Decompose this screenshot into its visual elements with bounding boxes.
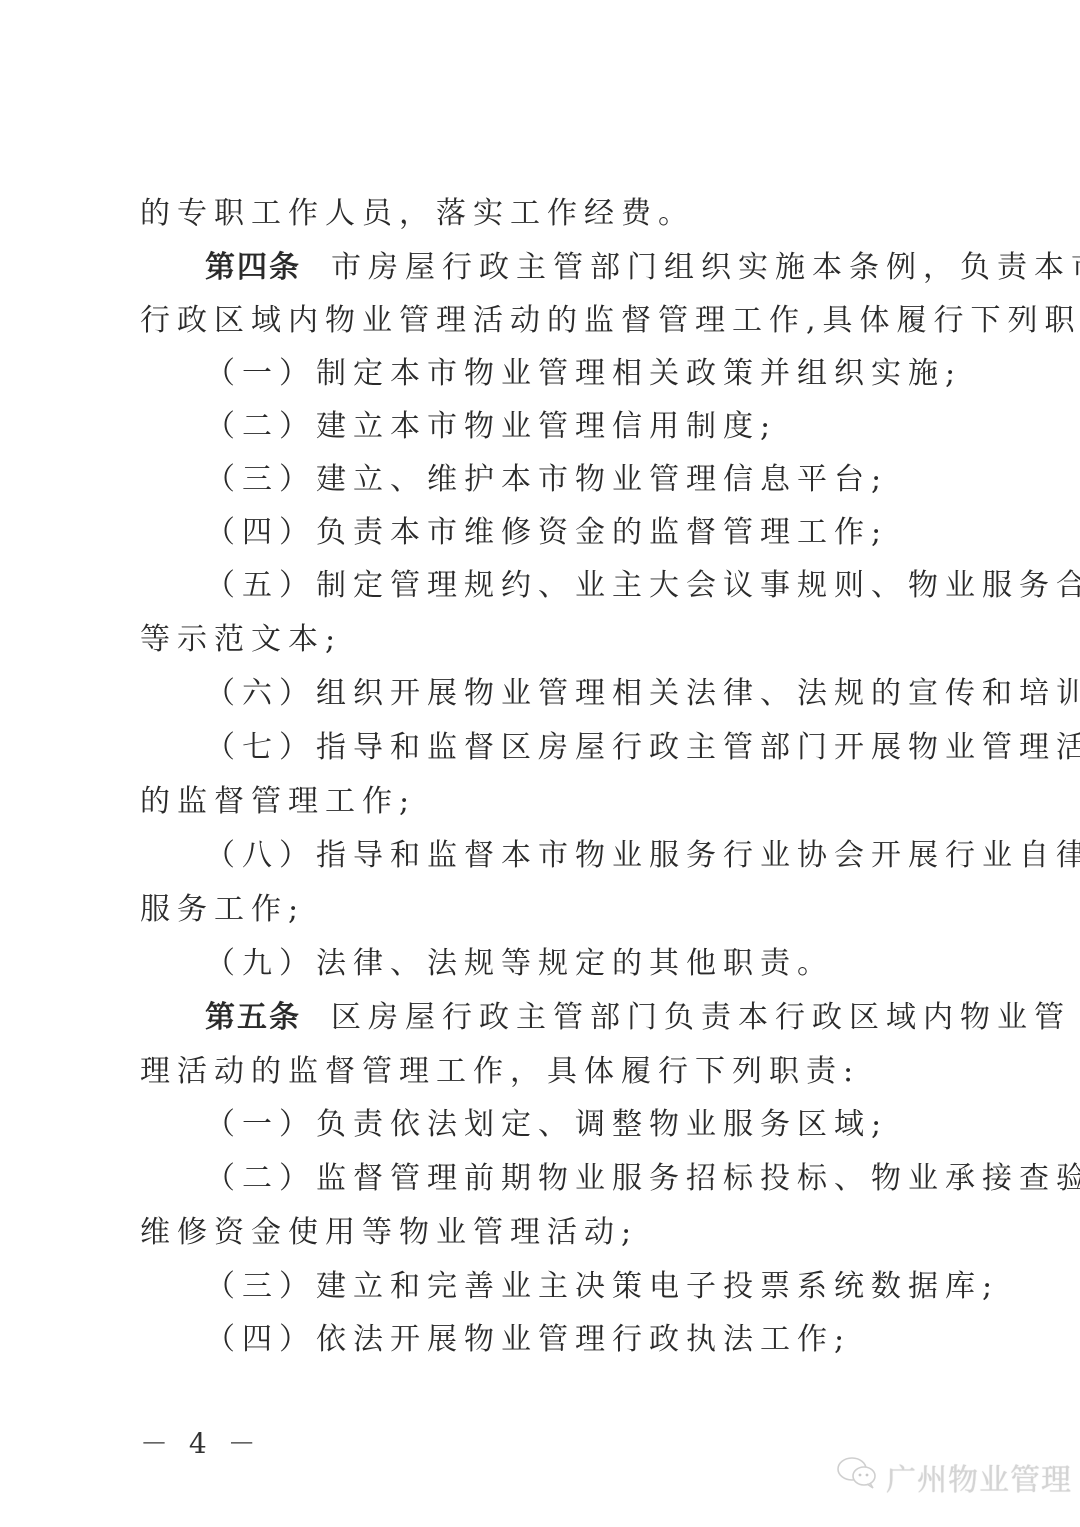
article-heading: 第五条 (205, 1000, 301, 1035)
list-item: （一）制定本市物业管理相关政策并组织实施; (205, 356, 1015, 392)
article-heading: 第四条 (205, 250, 301, 285)
list-item: （六）组织开展物业管理相关法律、法规的宣传和培训; (205, 676, 1015, 712)
list-item: （四）负责本市维修资金的监督管理工作; (205, 515, 1015, 551)
paragraph-line: 的专职工作人员，落实工作经费。 (140, 196, 950, 232)
list-item-continuation: 维修资金使用等物业管理活动; (140, 1215, 950, 1251)
list-item-continuation: 服务工作; (140, 892, 950, 928)
list-item-continuation: 等示范文本; (140, 622, 950, 658)
watermark: 广州物业管理 (836, 1457, 1072, 1497)
paragraph-line: 行政区域内物业管理活动的监督管理工作,具体履行下列职责: (140, 303, 950, 339)
article-text: 区房屋行政主管部门负责本行政区域内物业管 (331, 1000, 1071, 1035)
list-item: （九）法律、法规等规定的其他职责。 (205, 946, 1015, 982)
list-item: （八）指导和监督本市物业服务行业协会开展行业自律和 (205, 838, 1015, 874)
list-item: （七）指导和监督区房屋行政主管部门开展物业管理活动 (205, 730, 1015, 766)
list-item: （五）制定管理规约、业主大会议事规则、物业服务合同 (205, 568, 1015, 604)
list-item: （三）建立、维护本市物业管理信息平台; (205, 462, 1015, 498)
wechat-icon (836, 1455, 886, 1499)
list-item: （四）依法开展物业管理行政执法工作; (205, 1322, 1015, 1358)
article-5-line: 第五条区房屋行政主管部门负责本行政区域内物业管 (205, 1000, 1015, 1036)
article-text: 市房屋行政主管部门组织实施本条例，负责本市 (331, 250, 1080, 285)
article-4-line: 第四条市房屋行政主管部门组织实施本条例，负责本市 (205, 250, 1015, 286)
list-item: （三）建立和完善业主决策电子投票系统数据库; (205, 1269, 1015, 1305)
list-item-continuation: 的监督管理工作; (140, 784, 950, 820)
list-item: （二）监督管理前期物业服务招标投标、物业承接查验、 (205, 1161, 1015, 1197)
list-item: （一）负责依法划定、调整物业服务区域; (205, 1107, 1015, 1143)
document-page: 的专职工作人员，落实工作经费。 第四条市房屋行政主管部门组织实施本条例，负责本市… (0, 0, 1080, 1527)
paragraph-line: 理活动的监督管理工作，具体履行下列职责: (140, 1054, 950, 1090)
list-item: （二）建立本市物业管理信用制度; (205, 409, 1015, 445)
watermark-text: 广州物业管理 (886, 1455, 1072, 1499)
page-number: － 4 － (140, 1422, 262, 1462)
